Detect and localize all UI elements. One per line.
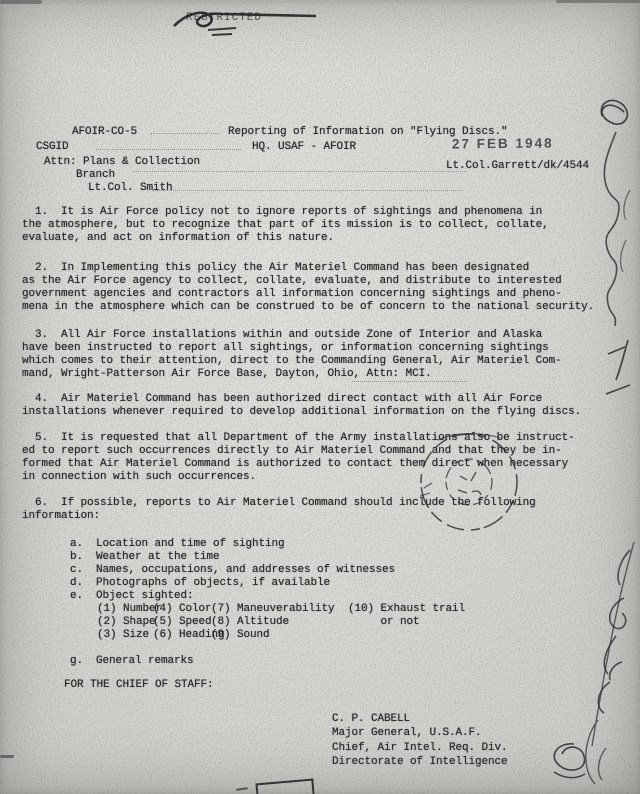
signature-rank: Major General, U.S.A.F. (332, 726, 482, 741)
scan-artifact-leader (96, 149, 241, 150)
paragraph-5: 5. It is requested that all Department o… (22, 432, 575, 484)
office-symbol: AFOIR-CO-5 (72, 126, 137, 139)
handwritten-annotation-bottom-right (578, 536, 640, 794)
scan-artifact-leader (132, 171, 467, 172)
signature-organization: Directorate of Intelligence (332, 755, 508, 770)
attn-branch: Branch (76, 169, 115, 182)
scan-artifact-leader (352, 381, 467, 382)
handwritten-annotation-right-mid (602, 328, 638, 408)
closing-line: FOR THE CHIEF OF STAFF: (64, 679, 214, 692)
scan-artifact-streak (0, 0, 42, 4)
scan-artifact-dash (0, 755, 14, 758)
org-code: CSGID (36, 141, 69, 154)
paragraph-3: 3. All Air Force installations within an… (22, 329, 562, 381)
scan-artifact-leader (152, 190, 462, 191)
signature-title: Chief, Air Intel. Req. Div. (332, 741, 508, 756)
paragraph-6: 6. If possible, reports to Air Materiel … (22, 497, 536, 523)
paragraph-1: 1. It is Air Force policy not to ignore … (22, 206, 549, 245)
general-remarks-item: g. General remarks (70, 655, 194, 668)
classification-stamp: RESTRICTED (186, 12, 262, 24)
paragraph-2: 2. In Implementing this policy the Air M… (22, 262, 594, 314)
drafter-line: Lt.Col.Garrett/dk/4544 (446, 160, 589, 173)
sighting-list-items: a. Location and time of sighting b. Weat… (70, 538, 395, 603)
scanned-memo-page: RESTRICTED AFOIR-CO-5 Reporting of Infor… (0, 0, 640, 794)
memo-content: RESTRICTED AFOIR-CO-5 Reporting of Infor… (0, 0, 640, 794)
scan-artifact-dash (236, 787, 248, 791)
date-stamp: 27 FEB 1948 (452, 136, 554, 152)
sighting-list-col-4: (10) Exhaust trail or not (348, 603, 465, 629)
attn-officer: Lt.Col. Smith (88, 182, 173, 195)
handwritten-annotation-signature-scribble (544, 736, 592, 782)
office-line: HQ. USAF - AFOIR (252, 141, 356, 154)
sighting-list-col-3: (7) Maneuverability (8) Altitude (9) Sou… (211, 603, 335, 642)
bottom-partial-box (255, 779, 314, 794)
scan-artifact-leader (150, 133, 220, 134)
scan-artifact-streak (556, 0, 640, 3)
paragraph-4: 4. Air Materiel Command has been authori… (22, 393, 581, 419)
signature-name: C. P. CABELL (332, 712, 410, 727)
attn-line: Attn: Plans & Collection (44, 156, 200, 169)
